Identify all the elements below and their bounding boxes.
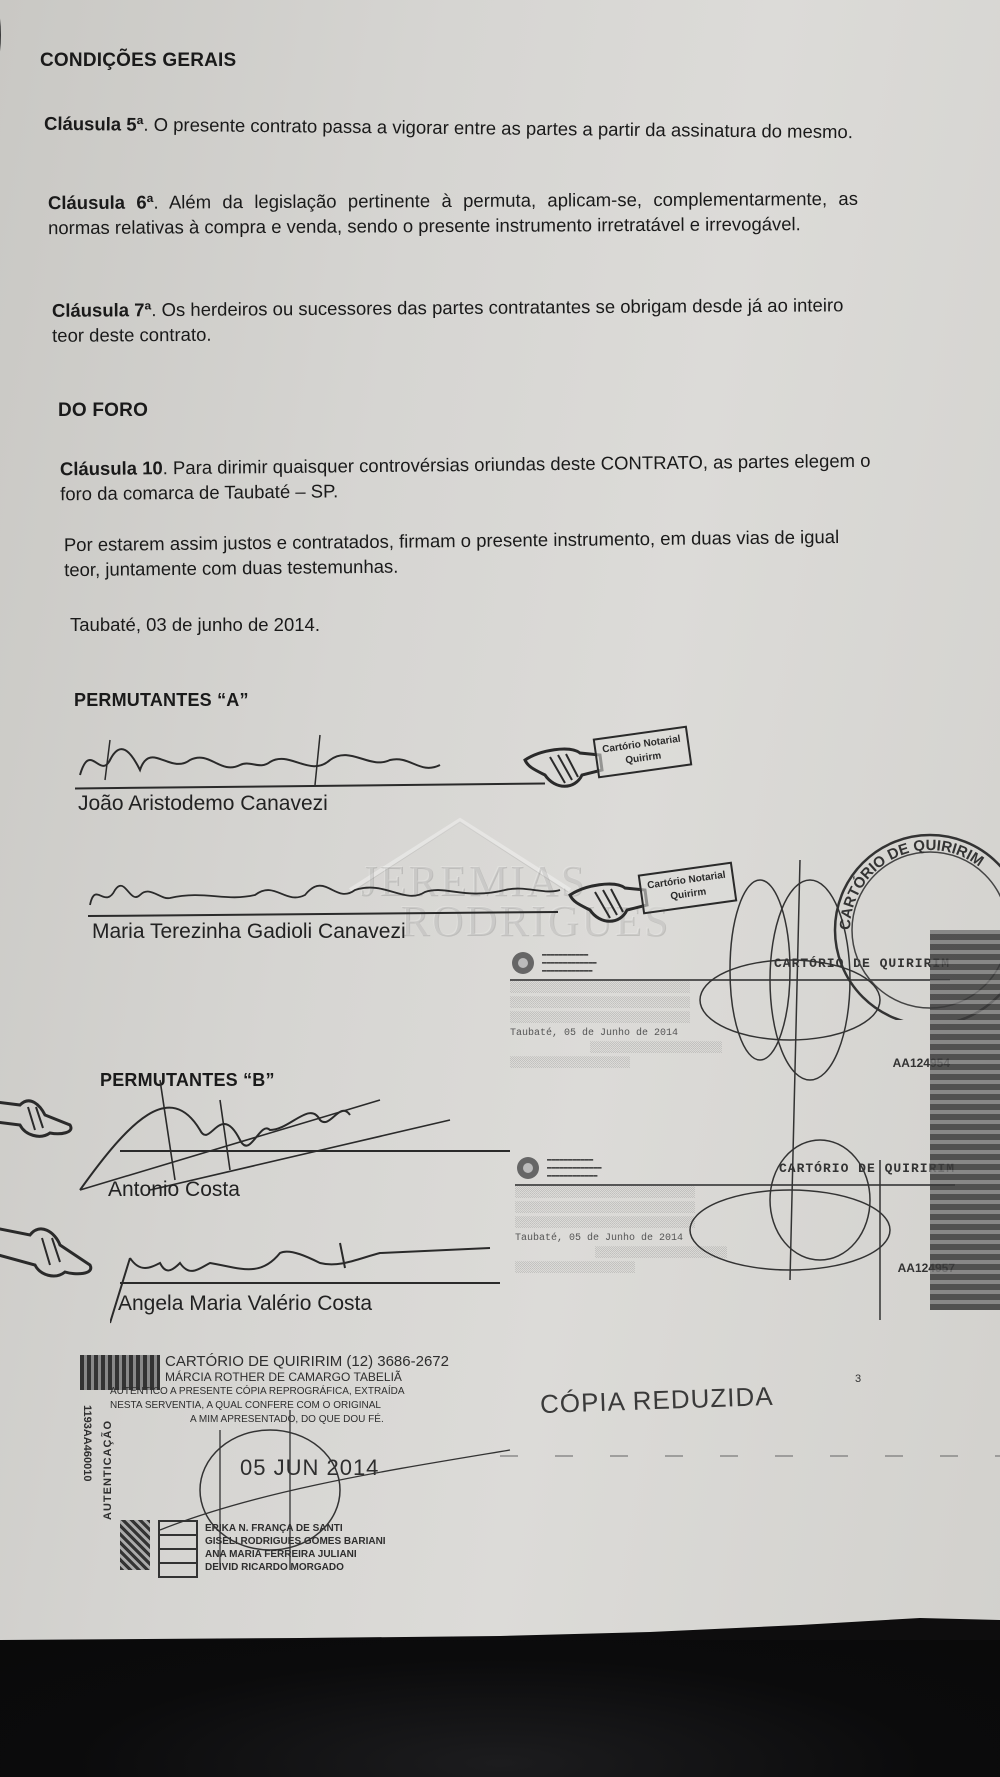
auth-line-2: MÁRCIA ROTHER DE CAMARGO TABELIÃ [165,1370,402,1384]
clause-6: Cláusula 6ª. Além da legislação pertinen… [48,186,858,240]
pointing-hand-icon [0,1210,110,1290]
background-surface [0,1640,1000,1777]
page-number: 3 [855,1373,861,1385]
dashed-rule [500,1455,1000,1457]
signature-line [120,1150,510,1152]
signatory-b1: Antonio Costa [108,1178,240,1202]
section-heading-general: CONDIÇÕES GERAIS [40,50,236,72]
clause-10-text: . Para dirimir quaisquer controvérsias o… [60,450,871,504]
auth-line-3: AUTENTICO A PRESENTE CÓPIA REPROGRÁFICA,… [110,1386,405,1397]
auth-signature-icon [140,1410,520,1580]
clause-7: Cláusula 7ª. Os herdeiros ou sucessores … [52,292,862,348]
place-date: Taubaté, 03 de junho de 2014. [70,612,470,637]
signature-joao-icon [70,730,490,790]
signatory-a2: Maria Terezinha Gadioli Canavezi [92,920,406,944]
closing-paragraph: Por estarem assim justos e contratados, … [64,524,854,582]
partial-seal-icon [0,0,40,110]
section-heading-forum: DO FORO [58,400,148,422]
coat-of-arms-icon [510,950,536,976]
clause-7-label: Cláusula 7ª [52,299,152,321]
auth-line-1: CARTÓRIO DE QUIRIRIM (12) 3686-2672 [165,1353,449,1370]
auth-serial: 1193AA460010 [78,1405,92,1481]
stamp-logo-block [80,1355,160,1390]
group-a-title: PERMUTANTES “A” [74,690,249,711]
clause-6-label: Cláusula 6ª [48,192,154,214]
clause-6-text: . Além da legislação pertinente à permut… [48,188,858,238]
authentication-stamp: CARTÓRIO DE QUIRIRIM (12) 3686-2672 MÁRC… [80,1350,500,1580]
auth-vertical-label: AUTENTICAÇÃO [102,1420,114,1520]
signatory-b2: Angela Maria Valério Costa [118,1292,372,1316]
signature-antonio-icon [70,1060,490,1230]
clause-10-label: Cláusula 10 [60,457,163,479]
side-stamp-block [930,930,1000,1310]
clause-10: Cláusula 10. Para dirimir quaisquer cont… [60,448,880,507]
signature-line [120,1282,500,1284]
signatory-a1: João Aristodemo Canavezi [78,792,328,816]
clause-5-label: Cláusula 5ª [44,113,144,135]
clause-7-text: . Os herdeiros ou sucessores das partes … [52,294,843,346]
coat-of-arms-icon [515,1155,541,1181]
